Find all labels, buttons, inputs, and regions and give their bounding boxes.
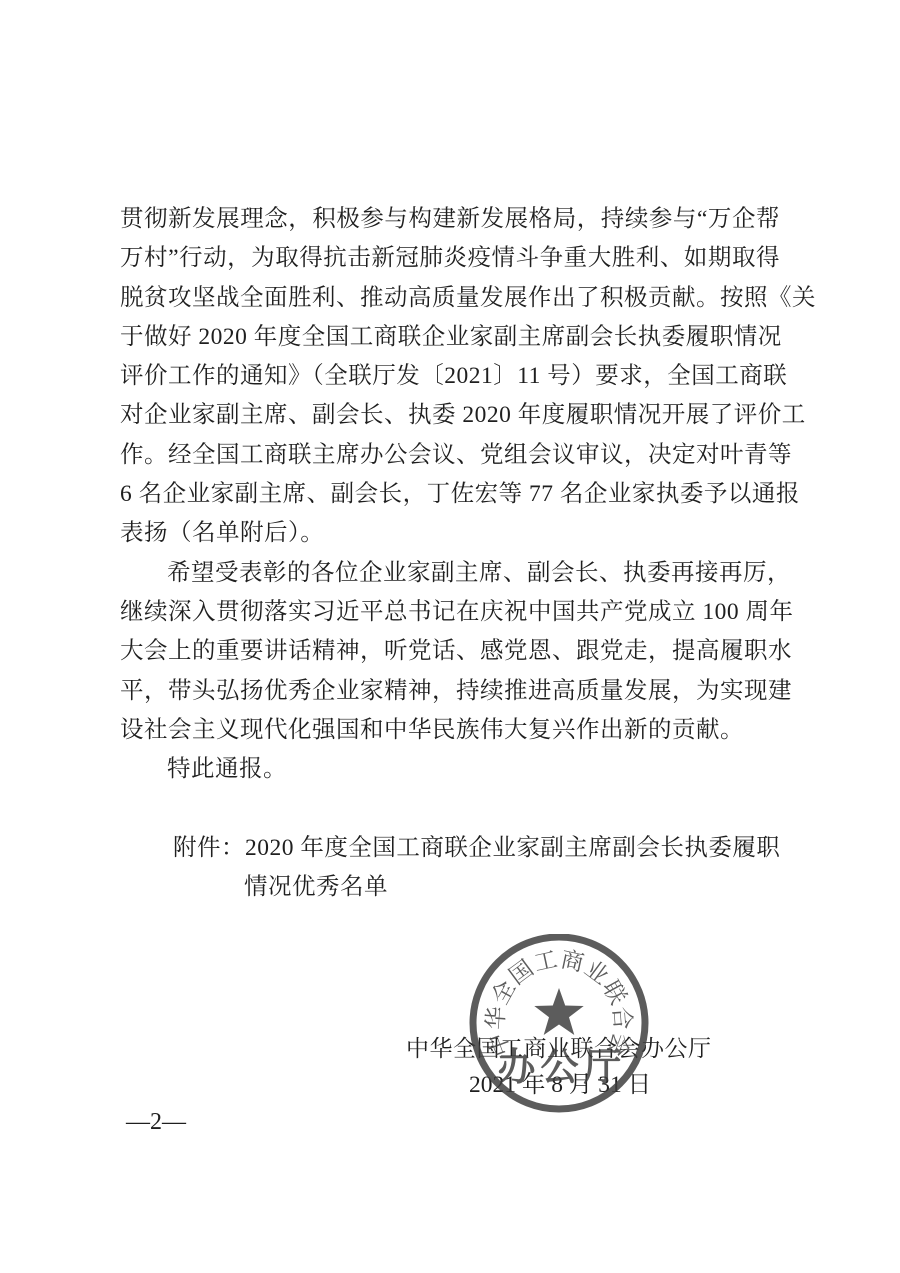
page-number: —2— [126,1108,186,1136]
seal-office-label: 办公厅 [497,1047,626,1089]
body-line: 脱贫攻坚战全面胜利、推动高质量发展作出了积极贡献。按照《关 [120,279,780,318]
body-line: 于做好 2020 年度全国工商联企业家副主席副会长执委履职情况 [120,318,780,357]
official-seal: 中 华 全 国 工 商 业 联 合 会 办公厅 [467,934,651,1118]
body-line: 评价工作的通知》（全联厅发〔2021〕11 号）要求，全国工商联 [120,357,780,396]
body-line: 大会上的重要讲话精神，听党话、感党恩、跟党走，提高履职水 [120,632,780,671]
attachment-line: 附件：2020 年度全国工商联企业家副主席副会长执委履职 [120,829,780,868]
blank-line [120,789,780,828]
body-text: 贯彻新发展理念，积极参与构建新发展格局，持续参与“万企帮 万村”行动，为取得抗击… [120,200,780,907]
seal-arc-char: 合 [608,1006,635,1031]
attachment-title-line2: 情况优秀名单 [120,868,780,907]
seal-arc-char: 工 [532,947,560,976]
body-line: 对企业家副主席、副会长、执委 2020 年度履职情况开展了评价工 [120,396,780,435]
body-line: 6 名企业家副主席、副会长，丁佐宏等 77 名企业家执委予以通报 [120,475,780,514]
body-line: 继续深入贯彻落实习近平总书记在庆祝中国共产党成立 100 周年 [120,593,780,632]
body-line: 设社会主义现代化强国和中华民族伟大复兴作出新的贡献。 [120,711,780,750]
attachment-label: 附件： [173,829,245,868]
seal-arc-char: 华 [483,1006,510,1031]
body-line: 表扬（名单附后）。 [120,514,780,553]
attachment-title-line1: 2020 年度全国工商联企业家副主席副会长执委履职 [245,835,780,861]
body-line: 平，带头弘扬优秀企业家精神，持续推进高质量发展，为实现建 [120,672,780,711]
star-icon [534,988,583,1035]
body-line: 特此通报。 [120,750,780,789]
body-line: 贯彻新发展理念，积极参与构建新发展格局，持续参与“万企帮 [120,200,780,239]
body-line: 万村”行动，为取得抗击新冠肺炎疫情斗争重大胜利、如期取得 [120,239,780,278]
document-page: 贯彻新发展理念，积极参与构建新发展格局，持续参与“万企帮 万村”行动，为取得抗击… [0,0,900,1273]
body-line: 作。经全国工商联主席办公会议、党组会议审议，决定对叶青等 [120,436,780,475]
body-line: 希望受表彰的各位企业家副主席、副会长、执委再接再厉， [120,554,780,593]
